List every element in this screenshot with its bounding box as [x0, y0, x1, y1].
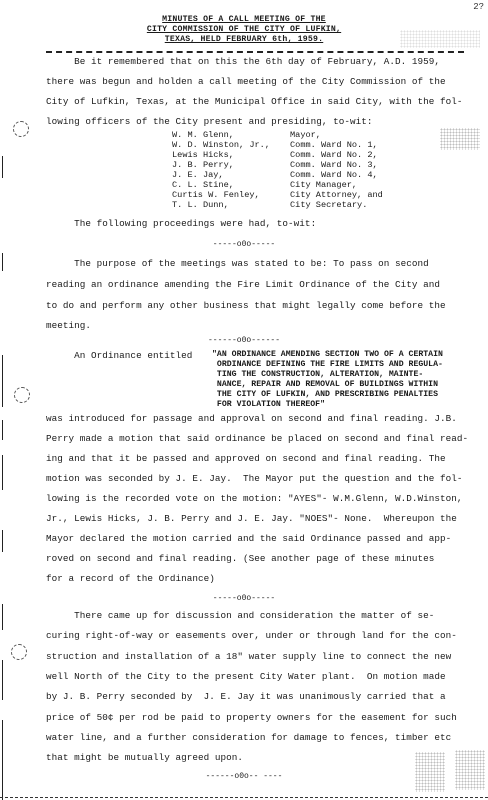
margin-scan-line [2, 420, 3, 440]
punch-hole-mark [14, 387, 30, 403]
ordinance-body-line-1: was introduced for passage and approval … [46, 413, 457, 425]
ordinance-title-line-2: ORDINANCE DEFINING THE FIRE LIMITS AND R… [212, 360, 443, 370]
water-line-1: There came up for discussion and conside… [46, 610, 434, 622]
scan-noise [440, 128, 480, 150]
punch-hole-mark [11, 644, 27, 660]
ordinance-title-line-5: THE CITY OF LUFKIN, AND PRESCRIBING PENA… [212, 390, 438, 400]
water-line-3: struction and installation of a 18" wate… [46, 651, 451, 663]
proceedings-line: The following proceedings were had, to-w… [46, 218, 316, 230]
title-line-1: MINUTES OF A CALL MEETING OF THE [0, 15, 488, 25]
water-line-6: price of 50¢ per rod be paid to property… [46, 712, 457, 724]
ordinance-title-line-6: FOR VIOLATION THEREOF" [212, 400, 325, 410]
margin-scan-line [2, 660, 3, 700]
margin-scan-line [2, 156, 3, 178]
purpose-line-4: meeting. [46, 320, 91, 332]
page-bottom-edge [0, 797, 488, 798]
scan-noise [455, 750, 485, 790]
page-corner-mark: 2? [473, 2, 484, 12]
separator-1: -----o0o----- [0, 240, 488, 249]
ordinance-title-line-4: NANCE, REPAIR AND REMOVAL OF BUILDINGS W… [212, 380, 438, 390]
title-dashed-rule [46, 51, 464, 53]
margin-scan-line [2, 253, 3, 271]
ordinance-body-line-8: roved on second and final reading. (See … [46, 553, 434, 565]
ordinance-lead: An Ordinance entitled [46, 350, 192, 362]
separator-2: ------o0o------ [0, 336, 488, 345]
water-line-2: curing right-of-way or easements over, u… [46, 630, 457, 642]
water-line-7: water line, and a further consideration … [46, 732, 451, 744]
ordinance-body-line-3: ing and that it be passed and approved o… [46, 453, 446, 465]
officer-title: City Secretary. [290, 201, 367, 211]
margin-scan-line [2, 530, 3, 552]
ordinance-body-line-7: Mayor declared the motion carried and th… [46, 533, 451, 545]
water-line-8: that might be mutually agreed upon. [46, 752, 243, 764]
scan-noise [400, 30, 480, 48]
purpose-line-3: to do and perform any other business tha… [46, 300, 446, 312]
ordinance-body-line-2: Perry made a motion that said ordinance … [46, 433, 468, 445]
ordinance-body-line-5: lowing is the recorded vote on the motio… [46, 493, 463, 505]
scan-noise [415, 752, 445, 792]
ordinance-title-line-1: "AN ORDINANCE AMENDING SECTION TWO OF A … [212, 350, 443, 360]
separator-3: -----o0o----- [0, 594, 488, 603]
ordinance-title-line-3: TING THE CONSTRUCTION, ALTERATION, MAINT… [212, 370, 423, 380]
ordinance-body-line-6: Jr., Lewis Hicks, J. B. Perry and J. E. … [46, 513, 457, 525]
margin-scan-line [2, 455, 3, 490]
ordinance-body-line-4: motion was seconded by J. E. Jay. The Ma… [46, 473, 463, 485]
water-line-4: well North of the City to the present Ci… [46, 671, 446, 683]
intro-line-2: there was begun and holden a call meetin… [46, 76, 446, 88]
punch-hole-mark [13, 121, 29, 137]
margin-scan-line [2, 604, 3, 630]
water-line-5: by J. B. Perry seconded by J. E. Jay it … [46, 691, 446, 703]
officer-name: T. L. Dunn, [172, 201, 229, 211]
intro-line-1: Be it remembered that on this the 6th da… [46, 56, 440, 68]
intro-line-3: City of Lufkin, Texas, at the Municipal … [46, 96, 463, 108]
purpose-line-1: The purpose of the meetings was stated t… [46, 258, 429, 270]
intro-line-4: lowing officers of the City present and … [46, 116, 372, 128]
margin-scan-line [2, 720, 3, 800]
ordinance-body-line-9: for a record of the Ordinance) [46, 573, 215, 585]
scanned-document-page: 2? MINUTES OF A CALL MEETING OF THE CITY… [0, 0, 488, 800]
margin-scan-line [2, 355, 3, 407]
purpose-line-2: reading an ordinance amending the Fire L… [46, 279, 440, 291]
